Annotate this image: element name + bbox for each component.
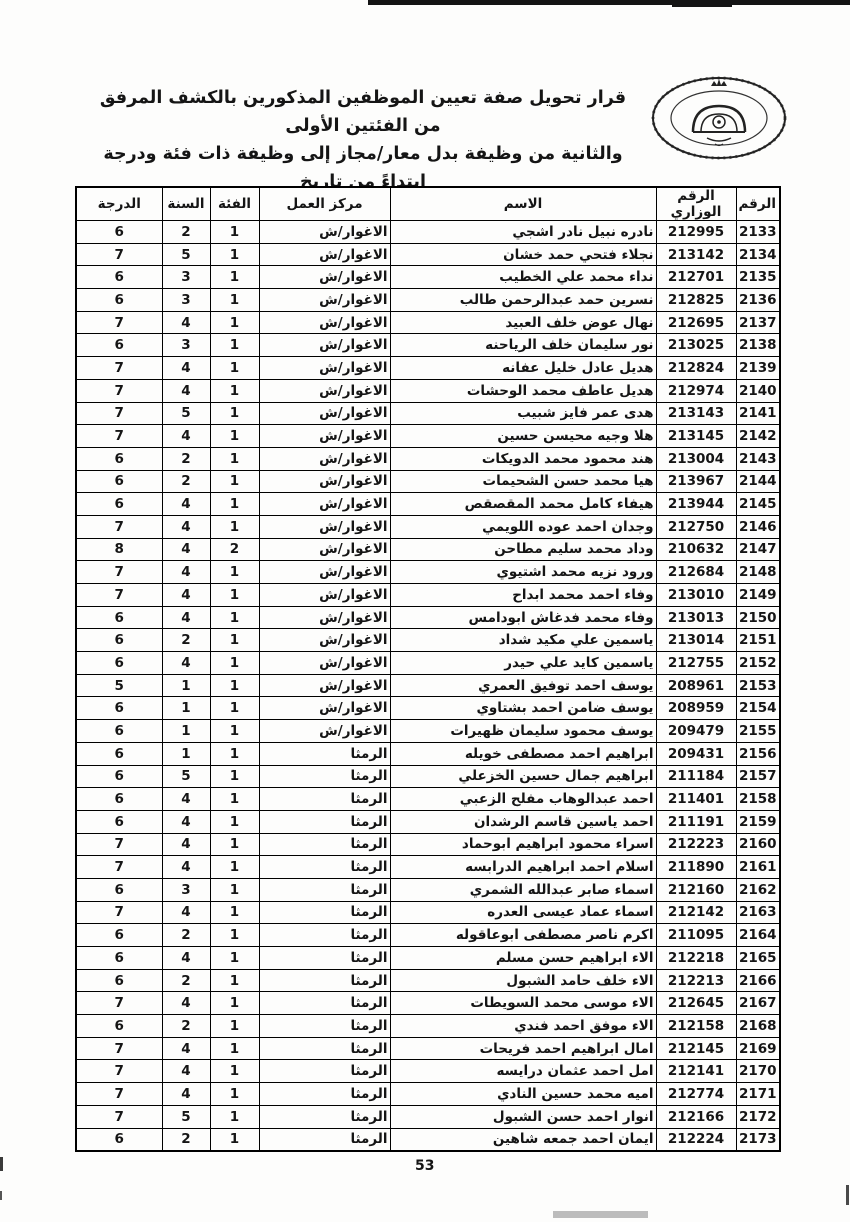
cell-year: 2 <box>162 1128 210 1151</box>
cell-name: الاء موسى محمد السويطات <box>390 992 656 1015</box>
cell-seq: 2162 <box>736 878 780 901</box>
cell-grade: 6 <box>76 878 162 901</box>
cell-ministerial-number: 212995 <box>656 221 736 244</box>
cell-grade: 6 <box>76 697 162 720</box>
cell-seq: 2152 <box>736 652 780 675</box>
cell-name: الاء موفق احمد فندي <box>390 1015 656 1038</box>
cell-grade: 6 <box>76 788 162 811</box>
cell-ministerial-number: 212774 <box>656 1083 736 1106</box>
cell-ministerial-number: 213014 <box>656 629 736 652</box>
table-row: 2160212223اسراء محمود ابراهيم ابوحمادالر… <box>76 833 780 856</box>
table-row: 2143213004هند محمود محمد الدويكاتالاغوار… <box>76 447 780 470</box>
cell-grade: 7 <box>76 1105 162 1128</box>
cell-name: يوسف ضامن احمد بشتاوي <box>390 697 656 720</box>
table-row: 2170212141امل احمد عثمان درايسهالرمثا147 <box>76 1060 780 1083</box>
cell-year: 5 <box>162 1105 210 1128</box>
cell-seq: 2160 <box>736 833 780 856</box>
cell-year: 4 <box>162 901 210 924</box>
cell-work-center: الاغوار/ش <box>259 584 390 607</box>
cell-work-center: الاغوار/ش <box>259 266 390 289</box>
cell-grade: 6 <box>76 629 162 652</box>
cell-work-center: الاغوار/ش <box>259 493 390 516</box>
cell-name: هيفاء كامل محمد المقصقص <box>390 493 656 516</box>
cell-grade: 6 <box>76 447 162 470</box>
cell-name: الاء خلف حامد الشبول <box>390 969 656 992</box>
cell-name: هند محمود محمد الدويكات <box>390 447 656 470</box>
cell-ministerial-number: 213025 <box>656 334 736 357</box>
cell-work-center: الرمثا <box>259 810 390 833</box>
cell-grade: 6 <box>76 969 162 992</box>
cell-work-center: الرمثا <box>259 992 390 1015</box>
cell-seq: 2139 <box>736 357 780 380</box>
cell-work-center: الرمثا <box>259 878 390 901</box>
cell-work-center: الرمثا <box>259 856 390 879</box>
cell-ministerial-number: 212160 <box>656 878 736 901</box>
cell-work-center: الاغوار/ش <box>259 674 390 697</box>
cell-name: انوار احمد حسن الشبول <box>390 1105 656 1128</box>
cell-seq: 2136 <box>736 289 780 312</box>
cell-year: 4 <box>162 493 210 516</box>
cell-name: احمد عبدالوهاب مفلح الزعبي <box>390 788 656 811</box>
cell-ministerial-number: 212224 <box>656 1128 736 1151</box>
table-row: 2173212224ايمان احمد جمعه شاهينالرمثا126 <box>76 1128 780 1151</box>
cell-category: 1 <box>210 788 259 811</box>
cell-grade: 7 <box>76 311 162 334</box>
table-row: 2162212160اسماء صابر عبدالله الشمريالرمث… <box>76 878 780 901</box>
cell-category: 1 <box>210 515 259 538</box>
cell-name: ورود نزيه محمد اشتيوي <box>390 561 656 584</box>
title-line-1: قرار تحويل صفة تعيين الموظفين المذكورين … <box>85 84 641 140</box>
cell-name: هيا محمد حسن الشحيمات <box>390 470 656 493</box>
cell-seq: 2135 <box>736 266 780 289</box>
cell-seq: 2164 <box>736 924 780 947</box>
table-row: 2153208961يوسف احمد توفيق العمريالاغوار/… <box>76 674 780 697</box>
cell-grade: 6 <box>76 493 162 516</box>
cell-name: وفاء احمد محمد ابداح <box>390 584 656 607</box>
cell-grade: 7 <box>76 1060 162 1083</box>
cell-grade: 5 <box>76 674 162 697</box>
cell-category: 1 <box>210 1105 259 1128</box>
cell-year: 4 <box>162 856 210 879</box>
cell-seq: 2154 <box>736 697 780 720</box>
table-row: 2137212695نهال عوض خلف العبيدالاغوار/ش14… <box>76 311 780 334</box>
table-row: 2163212142اسماء عماد عيسى العدرهالرمثا14… <box>76 901 780 924</box>
cell-seq: 2151 <box>736 629 780 652</box>
cell-category: 1 <box>210 1015 259 1038</box>
cell-work-center: الرمثا <box>259 947 390 970</box>
cell-work-center: الرمثا <box>259 742 390 765</box>
cell-seq: 2158 <box>736 788 780 811</box>
cell-name: اكرم ناصر مصطفى ابوعاقوله <box>390 924 656 947</box>
cell-seq: 2142 <box>736 425 780 448</box>
cell-name: الاء ابراهيم حسن مسلم <box>390 947 656 970</box>
col-header-category: الفئة <box>210 187 259 221</box>
cell-grade: 6 <box>76 742 162 765</box>
cell-category: 1 <box>210 1083 259 1106</box>
cell-work-center: الاغوار/ش <box>259 697 390 720</box>
cell-year: 2 <box>162 221 210 244</box>
table-row: 2147210632وداد محمد سليم مطاحنالاغوار/ش2… <box>76 538 780 561</box>
cell-grade: 6 <box>76 720 162 743</box>
scan-artifact-left-mark <box>0 1191 2 1200</box>
cell-year: 4 <box>162 992 210 1015</box>
col-header-year: السنة <box>162 187 210 221</box>
cell-year: 4 <box>162 425 210 448</box>
cell-name: هديل عادل خليل عفانه <box>390 357 656 380</box>
cell-ministerial-number: 212755 <box>656 652 736 675</box>
cell-category: 1 <box>210 493 259 516</box>
cell-grade: 6 <box>76 266 162 289</box>
scan-artifact-right-mark <box>846 1185 849 1205</box>
table-row: 2164211095اكرم ناصر مصطفى ابوعاقولهالرمث… <box>76 924 780 947</box>
cell-year: 1 <box>162 720 210 743</box>
cell-year: 4 <box>162 606 210 629</box>
cell-category: 1 <box>210 810 259 833</box>
cell-seq: 2143 <box>736 447 780 470</box>
cell-name: وداد محمد سليم مطاحن <box>390 538 656 561</box>
cell-ministerial-number: 211191 <box>656 810 736 833</box>
cell-work-center: الاغوار/ش <box>259 357 390 380</box>
cell-ministerial-number: 208961 <box>656 674 736 697</box>
cell-year: 4 <box>162 1060 210 1083</box>
cell-name: نور سليمان خلف الرياحنه <box>390 334 656 357</box>
table-row: 2166212213الاء خلف حامد الشبولالرمثا126 <box>76 969 780 992</box>
table-row: 2148212684ورود نزيه محمد اشتيويالاغوار/ش… <box>76 561 780 584</box>
cell-ministerial-number: 210632 <box>656 538 736 561</box>
employee-roster-table: الرقم الرقم الوزاري الاسم مركز العمل الف… <box>75 186 781 1152</box>
cell-category: 1 <box>210 1037 259 1060</box>
cell-year: 4 <box>162 311 210 334</box>
cell-year: 4 <box>162 1037 210 1060</box>
cell-category: 1 <box>210 447 259 470</box>
cell-ministerial-number: 211184 <box>656 765 736 788</box>
cell-seq: 2172 <box>736 1105 780 1128</box>
table-row: 2134213142نجلاء فتحي حمد خشانالاغوار/ش15… <box>76 243 780 266</box>
table-row: 2165212218الاء ابراهيم حسن مسلمالرمثا146 <box>76 947 780 970</box>
col-header-ministerial-number: الرقم الوزاري <box>656 187 736 221</box>
scan-artifact-left-mark <box>0 1157 3 1171</box>
cell-work-center: الرمثا <box>259 1083 390 1106</box>
cell-ministerial-number: 212824 <box>656 357 736 380</box>
cell-category: 1 <box>210 1128 259 1151</box>
cell-grade: 6 <box>76 221 162 244</box>
cell-name: نهال عوض خلف العبيد <box>390 311 656 334</box>
cell-name: يوسف احمد توفيق العمري <box>390 674 656 697</box>
cell-year: 3 <box>162 289 210 312</box>
cell-seq: 2167 <box>736 992 780 1015</box>
cell-work-center: الاغوار/ش <box>259 311 390 334</box>
cell-ministerial-number: 212223 <box>656 833 736 856</box>
cell-name: اسلام احمد ابراهيم الدرابسه <box>390 856 656 879</box>
cell-category: 1 <box>210 311 259 334</box>
cell-year: 4 <box>162 357 210 380</box>
table-row: 2156209431ابراهيم احمد مصطفى خويلهالرمثا… <box>76 742 780 765</box>
cell-ministerial-number: 213143 <box>656 402 736 425</box>
cell-category: 1 <box>210 878 259 901</box>
table-row: 2141213143هدى عمر فايز شبيبالاغوار/ش157 <box>76 402 780 425</box>
table-row: 2171212774اميه محمد حسين الناديالرمثا147 <box>76 1083 780 1106</box>
cell-seq: 2168 <box>736 1015 780 1038</box>
cell-name: احمد ياسين قاسم الرشدان <box>390 810 656 833</box>
table-row: 2139212824هديل عادل خليل عفانهالاغوار/ش1… <box>76 357 780 380</box>
cell-grade: 7 <box>76 515 162 538</box>
cell-ministerial-number: 212141 <box>656 1060 736 1083</box>
cell-work-center: الرمثا <box>259 1105 390 1128</box>
cell-category: 1 <box>210 833 259 856</box>
cell-seq: 2137 <box>736 311 780 334</box>
cell-category: 1 <box>210 584 259 607</box>
cell-grade: 8 <box>76 538 162 561</box>
table-row: 2167212645الاء موسى محمد السويطاتالرمثا1… <box>76 992 780 1015</box>
cell-seq: 2161 <box>736 856 780 879</box>
table-row: 2169212145امال ابراهيم احمد فريحاتالرمثا… <box>76 1037 780 1060</box>
col-header-grade: الدرجة <box>76 187 162 221</box>
cell-seq: 2173 <box>736 1128 780 1151</box>
cell-work-center: الرمثا <box>259 1015 390 1038</box>
cell-grade: 6 <box>76 606 162 629</box>
cell-category: 1 <box>210 674 259 697</box>
cell-ministerial-number: 211401 <box>656 788 736 811</box>
cell-year: 3 <box>162 266 210 289</box>
table-row: 2133212995نادره نبيل نادر اشجيالاغوار/ش1… <box>76 221 780 244</box>
cell-ministerial-number: 208959 <box>656 697 736 720</box>
ministry-seal-icon <box>645 70 793 166</box>
cell-year: 2 <box>162 969 210 992</box>
cell-work-center: الاغوار/ش <box>259 652 390 675</box>
cell-seq: 2149 <box>736 584 780 607</box>
table-row: 2144213967هيا محمد حسن الشحيماتالاغوار/ش… <box>76 470 780 493</box>
cell-category: 1 <box>210 901 259 924</box>
cell-category: 1 <box>210 289 259 312</box>
cell-name: هلا وجيه محيسن حسين <box>390 425 656 448</box>
cell-grade: 7 <box>76 561 162 584</box>
cell-category: 1 <box>210 947 259 970</box>
cell-year: 2 <box>162 924 210 947</box>
cell-work-center: الاغوار/ش <box>259 425 390 448</box>
table-row: 2159211191احمد ياسين قاسم الرشدانالرمثا1… <box>76 810 780 833</box>
cell-name: ياسمين علي مكيد شداد <box>390 629 656 652</box>
cell-work-center: الاغوار/ش <box>259 515 390 538</box>
cell-grade: 6 <box>76 652 162 675</box>
table-row: 2140212974هديل عاطف محمد الوحشاتالاغوار/… <box>76 379 780 402</box>
cell-year: 1 <box>162 674 210 697</box>
cell-category: 1 <box>210 243 259 266</box>
cell-year: 1 <box>162 697 210 720</box>
cell-year: 4 <box>162 788 210 811</box>
cell-seq: 2147 <box>736 538 780 561</box>
table-body: 2133212995نادره نبيل نادر اشجيالاغوار/ش1… <box>76 221 780 1152</box>
cell-name: امل احمد عثمان درايسه <box>390 1060 656 1083</box>
table-row: 2157211184ابراهيم جمال حسين الخزعليالرمث… <box>76 765 780 788</box>
cell-year: 5 <box>162 765 210 788</box>
cell-seq: 2170 <box>736 1060 780 1083</box>
cell-name: اسماء صابر عبدالله الشمري <box>390 878 656 901</box>
table-row: 2155209479يوسف محمود سليمان ظهيراتالاغوا… <box>76 720 780 743</box>
cell-category: 1 <box>210 266 259 289</box>
cell-category: 1 <box>210 720 259 743</box>
cell-seq: 2140 <box>736 379 780 402</box>
cell-year: 2 <box>162 629 210 652</box>
cell-work-center: الاغوار/ش <box>259 334 390 357</box>
cell-category: 1 <box>210 652 259 675</box>
table-row: 2136212825نسرين حمد عبدالرحمن طالبالاغوا… <box>76 289 780 312</box>
cell-ministerial-number: 212684 <box>656 561 736 584</box>
cell-seq: 2169 <box>736 1037 780 1060</box>
cell-ministerial-number: 211890 <box>656 856 736 879</box>
cell-category: 1 <box>210 1060 259 1083</box>
cell-ministerial-number: 211095 <box>656 924 736 947</box>
cell-work-center: الاغوار/ش <box>259 629 390 652</box>
cell-year: 4 <box>162 833 210 856</box>
cell-grade: 6 <box>76 810 162 833</box>
cell-year: 4 <box>162 379 210 402</box>
cell-grade: 7 <box>76 379 162 402</box>
cell-ministerial-number: 213013 <box>656 606 736 629</box>
cell-category: 1 <box>210 969 259 992</box>
cell-category: 1 <box>210 856 259 879</box>
cell-ministerial-number: 212166 <box>656 1105 736 1128</box>
cell-ministerial-number: 212145 <box>656 1037 736 1060</box>
cell-name: اسماء عماد عيسى العدره <box>390 901 656 924</box>
cell-work-center: الرمثا <box>259 788 390 811</box>
cell-work-center: الرمثا <box>259 765 390 788</box>
cell-seq: 2134 <box>736 243 780 266</box>
table-row: 2149213010وفاء احمد محمد ابداحالاغوار/ش1… <box>76 584 780 607</box>
cell-grade: 6 <box>76 765 162 788</box>
cell-seq: 2157 <box>736 765 780 788</box>
cell-name: هديل عاطف محمد الوحشات <box>390 379 656 402</box>
cell-ministerial-number: 213944 <box>656 493 736 516</box>
cell-grade: 7 <box>76 1037 162 1060</box>
cell-grade: 7 <box>76 1083 162 1106</box>
cell-work-center: الاغوار/ش <box>259 720 390 743</box>
cell-grade: 7 <box>76 901 162 924</box>
table-row: 2146212750وجدان احمد عوده اللويميالاغوار… <box>76 515 780 538</box>
cell-category: 1 <box>210 697 259 720</box>
cell-name: ياسمين كايد علي حيدر <box>390 652 656 675</box>
cell-seq: 2138 <box>736 334 780 357</box>
cell-grade: 7 <box>76 243 162 266</box>
cell-year: 2 <box>162 1015 210 1038</box>
page-number: 53 <box>415 1158 434 1174</box>
cell-ministerial-number: 213004 <box>656 447 736 470</box>
cell-year: 5 <box>162 243 210 266</box>
cell-grade: 6 <box>76 924 162 947</box>
cell-grade: 6 <box>76 289 162 312</box>
cell-grade: 7 <box>76 856 162 879</box>
cell-ministerial-number: 213010 <box>656 584 736 607</box>
table-header-row: الرقم الرقم الوزاري الاسم مركز العمل الف… <box>76 187 780 221</box>
cell-year: 2 <box>162 447 210 470</box>
cell-year: 4 <box>162 1083 210 1106</box>
cell-grade: 7 <box>76 833 162 856</box>
table-row: 2152212755ياسمين كايد علي حيدرالاغوار/ش1… <box>76 652 780 675</box>
cell-category: 2 <box>210 538 259 561</box>
cell-category: 1 <box>210 402 259 425</box>
cell-seq: 2144 <box>736 470 780 493</box>
cell-grade: 7 <box>76 992 162 1015</box>
cell-year: 3 <box>162 878 210 901</box>
cell-year: 4 <box>162 652 210 675</box>
cell-category: 1 <box>210 334 259 357</box>
cell-name: اسراء محمود ابراهيم ابوحماد <box>390 833 656 856</box>
cell-work-center: الاغوار/ش <box>259 243 390 266</box>
cell-work-center: الرمثا <box>259 901 390 924</box>
cell-name: نادره نبيل نادر اشجي <box>390 221 656 244</box>
cell-work-center: الرمثا <box>259 1128 390 1151</box>
cell-work-center: الاغوار/ش <box>259 221 390 244</box>
cell-seq: 2163 <box>736 901 780 924</box>
cell-ministerial-number: 212825 <box>656 289 736 312</box>
cell-category: 1 <box>210 221 259 244</box>
cell-ministerial-number: 212218 <box>656 947 736 970</box>
cell-seq: 2153 <box>736 674 780 697</box>
cell-year: 1 <box>162 742 210 765</box>
cell-ministerial-number: 212158 <box>656 1015 736 1038</box>
table-row: 2161211890اسلام احمد ابراهيم الدرابسهالر… <box>76 856 780 879</box>
table-row: 2150213013وفاء محمد فدغاش ابودامسالاغوار… <box>76 606 780 629</box>
cell-name: امال ابراهيم احمد فريحات <box>390 1037 656 1060</box>
cell-grade: 6 <box>76 947 162 970</box>
cell-category: 1 <box>210 924 259 947</box>
cell-category: 1 <box>210 357 259 380</box>
cell-name: نجلاء فتحي حمد خشان <box>390 243 656 266</box>
cell-seq: 2141 <box>736 402 780 425</box>
cell-work-center: الرمثا <box>259 1037 390 1060</box>
table-row: 2145213944هيفاء كامل محمد المقصقصالاغوار… <box>76 493 780 516</box>
cell-work-center: الاغوار/ش <box>259 402 390 425</box>
cell-seq: 2146 <box>736 515 780 538</box>
cell-work-center: الرمثا <box>259 833 390 856</box>
scanned-document-page: قرار تحويل صفة تعيين الموظفين المذكورين … <box>0 0 850 1222</box>
cell-work-center: الاغوار/ش <box>259 561 390 584</box>
table-row: 2168212158الاء موفق احمد فنديالرمثا126 <box>76 1015 780 1038</box>
table-row: 2142213145هلا وجيه محيسن حسينالاغوار/ش14… <box>76 425 780 448</box>
cell-year: 4 <box>162 561 210 584</box>
table-row: 2151213014ياسمين علي مكيد شدادالاغوار/ش1… <box>76 629 780 652</box>
col-header-work-center: مركز العمل <box>259 187 390 221</box>
cell-year: 4 <box>162 515 210 538</box>
cell-grade: 6 <box>76 470 162 493</box>
cell-ministerial-number: 212695 <box>656 311 736 334</box>
cell-ministerial-number: 213145 <box>656 425 736 448</box>
cell-seq: 2156 <box>736 742 780 765</box>
cell-grade: 7 <box>76 402 162 425</box>
cell-name: نداء محمد علي الخطيب <box>390 266 656 289</box>
scan-artifact-bottom-smudge <box>553 1211 648 1218</box>
table-row: 2154208959يوسف ضامن احمد بشتاويالاغوار/ش… <box>76 697 780 720</box>
cell-ministerial-number: 209431 <box>656 742 736 765</box>
cell-seq: 2159 <box>736 810 780 833</box>
cell-name: وجدان احمد عوده اللويمي <box>390 515 656 538</box>
cell-grade: 6 <box>76 1015 162 1038</box>
cell-category: 1 <box>210 742 259 765</box>
cell-year: 2 <box>162 470 210 493</box>
cell-ministerial-number: 212974 <box>656 379 736 402</box>
cell-name: وفاء محمد فدغاش ابودامس <box>390 606 656 629</box>
cell-year: 5 <box>162 402 210 425</box>
cell-category: 1 <box>210 470 259 493</box>
cell-ministerial-number: 213967 <box>656 470 736 493</box>
cell-category: 1 <box>210 629 259 652</box>
cell-ministerial-number: 213142 <box>656 243 736 266</box>
cell-grade: 7 <box>76 425 162 448</box>
cell-seq: 2148 <box>736 561 780 584</box>
cell-ministerial-number: 212645 <box>656 992 736 1015</box>
cell-ministerial-number: 209479 <box>656 720 736 743</box>
cell-seq: 2133 <box>736 221 780 244</box>
scan-artifact-top-tick <box>672 5 732 7</box>
